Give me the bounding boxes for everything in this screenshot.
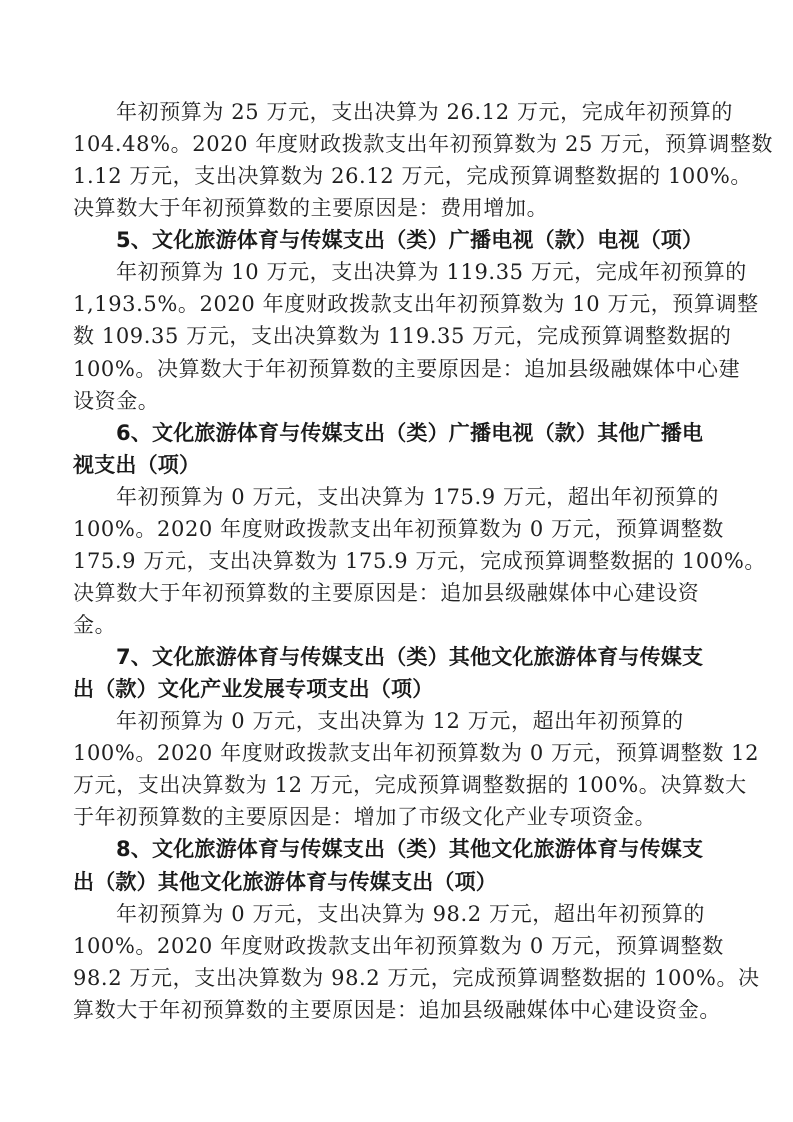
text-line: 年初预算为 25 万元，支出决算为 26.12 万元，完成年初预算的 <box>73 96 723 128</box>
section-heading-5: 5、文化旅游体育与传媒支出（类）广播电视（款）电视（项） <box>73 224 723 256</box>
heading-line: 5、文化旅游体育与传媒支出（类）广播电视（款）电视（项） <box>73 224 723 256</box>
text-line: 104.48%。2020 年度财政拨款支出年初预算数为 25 万元，预算调整数 <box>73 128 723 160</box>
text-line: 年初预算为 10 万元，支出决算为 119.35 万元，完成年初预算的 <box>73 256 723 288</box>
text-line: 数 109.35 万元，支出决算数为 119.35 万元，完成预算调整数据的 <box>73 320 723 352</box>
text-line: 决算数大于年初预算数的主要原因是：追加县级融媒体中心建设资 <box>73 577 723 609</box>
text-line: 年初预算为 0 万元，支出决算为 98.2 万元，超出年初预算的 <box>73 898 723 930</box>
text-line: 100%。2020 年度财政拨款支出年初预算数为 0 万元，预算调整数 <box>73 930 723 962</box>
heading-line: 6、文化旅游体育与传媒支出（类）广播电视（款）其他广播电 <box>73 417 723 449</box>
heading-line: 视支出（项） <box>73 449 723 481</box>
text-line: 年初预算为 0 万元，支出决算为 12 万元，超出年初预算的 <box>73 705 723 737</box>
paragraph-item-6-budget: 年初预算为 0 万元，支出决算为 175.9 万元，超出年初预算的 100%。2… <box>73 481 723 641</box>
heading-line: 7、文化旅游体育与传媒支出（类）其他文化旅游体育与传媒支 <box>73 641 723 673</box>
text-line: 算数大于年初预算数的主要原因是：追加县级融媒体中心建设资金。 <box>73 994 723 1026</box>
section-heading-7: 7、文化旅游体育与传媒支出（类）其他文化旅游体育与传媒支 出（款）文化产业发展专… <box>73 641 723 705</box>
paragraph-item-7-budget: 年初预算为 0 万元，支出决算为 12 万元，超出年初预算的 100%。2020… <box>73 705 723 833</box>
text-line: 100%。决算数大于年初预算数的主要原因是：追加县级融媒体中心建 <box>73 353 723 385</box>
heading-line: 8、文化旅游体育与传媒支出（类）其他文化旅游体育与传媒支 <box>73 833 723 865</box>
text-line: 1.12 万元，支出决算数为 26.12 万元，完成预算调整数据的 100%。 <box>73 160 723 192</box>
section-heading-6: 6、文化旅游体育与传媒支出（类）广播电视（款）其他广播电 视支出（项） <box>73 417 723 481</box>
text-line: 于年初预算数的主要原因是：增加了市级文化产业专项资金。 <box>73 801 723 833</box>
text-line: 决算数大于年初预算数的主要原因是：费用增加。 <box>73 192 723 224</box>
text-line: 175.9 万元，支出决算数为 175.9 万元，完成预算调整数据的 100%。 <box>73 545 723 577</box>
section-heading-8: 8、文化旅游体育与传媒支出（类）其他文化旅游体育与传媒支 出（款）其他文化旅游体… <box>73 833 723 897</box>
text-line: 1,193.5%。2020 年度财政拨款支出年初预算数为 10 万元，预算调整 <box>73 288 723 320</box>
paragraph-item-8-budget: 年初预算为 0 万元，支出决算为 98.2 万元，超出年初预算的 100%。20… <box>73 898 723 1026</box>
heading-line: 出（款）其他文化旅游体育与传媒支出（项） <box>73 866 723 898</box>
paragraph-item-4-budget: 年初预算为 25 万元，支出决算为 26.12 万元，完成年初预算的 104.4… <box>73 96 723 224</box>
document-page: 年初预算为 25 万元，支出决算为 26.12 万元，完成年初预算的 104.4… <box>73 96 723 1026</box>
paragraph-item-5-budget: 年初预算为 10 万元，支出决算为 119.35 万元，完成年初预算的 1,19… <box>73 256 723 416</box>
text-line: 金。 <box>73 609 723 641</box>
text-line: 设资金。 <box>73 385 723 417</box>
heading-line: 出（款）文化产业发展专项支出（项） <box>73 673 723 705</box>
text-line: 100%。2020 年度财政拨款支出年初预算数为 0 万元，预算调整数 12 <box>73 737 723 769</box>
text-line: 100%。2020 年度财政拨款支出年初预算数为 0 万元，预算调整数 <box>73 513 723 545</box>
text-line: 98.2 万元，支出决算数为 98.2 万元，完成预算调整数据的 100%。决 <box>73 962 723 994</box>
text-line: 年初预算为 0 万元，支出决算为 175.9 万元，超出年初预算的 <box>73 481 723 513</box>
text-line: 万元，支出决算数为 12 万元，完成预算调整数据的 100%。决算数大 <box>73 769 723 801</box>
